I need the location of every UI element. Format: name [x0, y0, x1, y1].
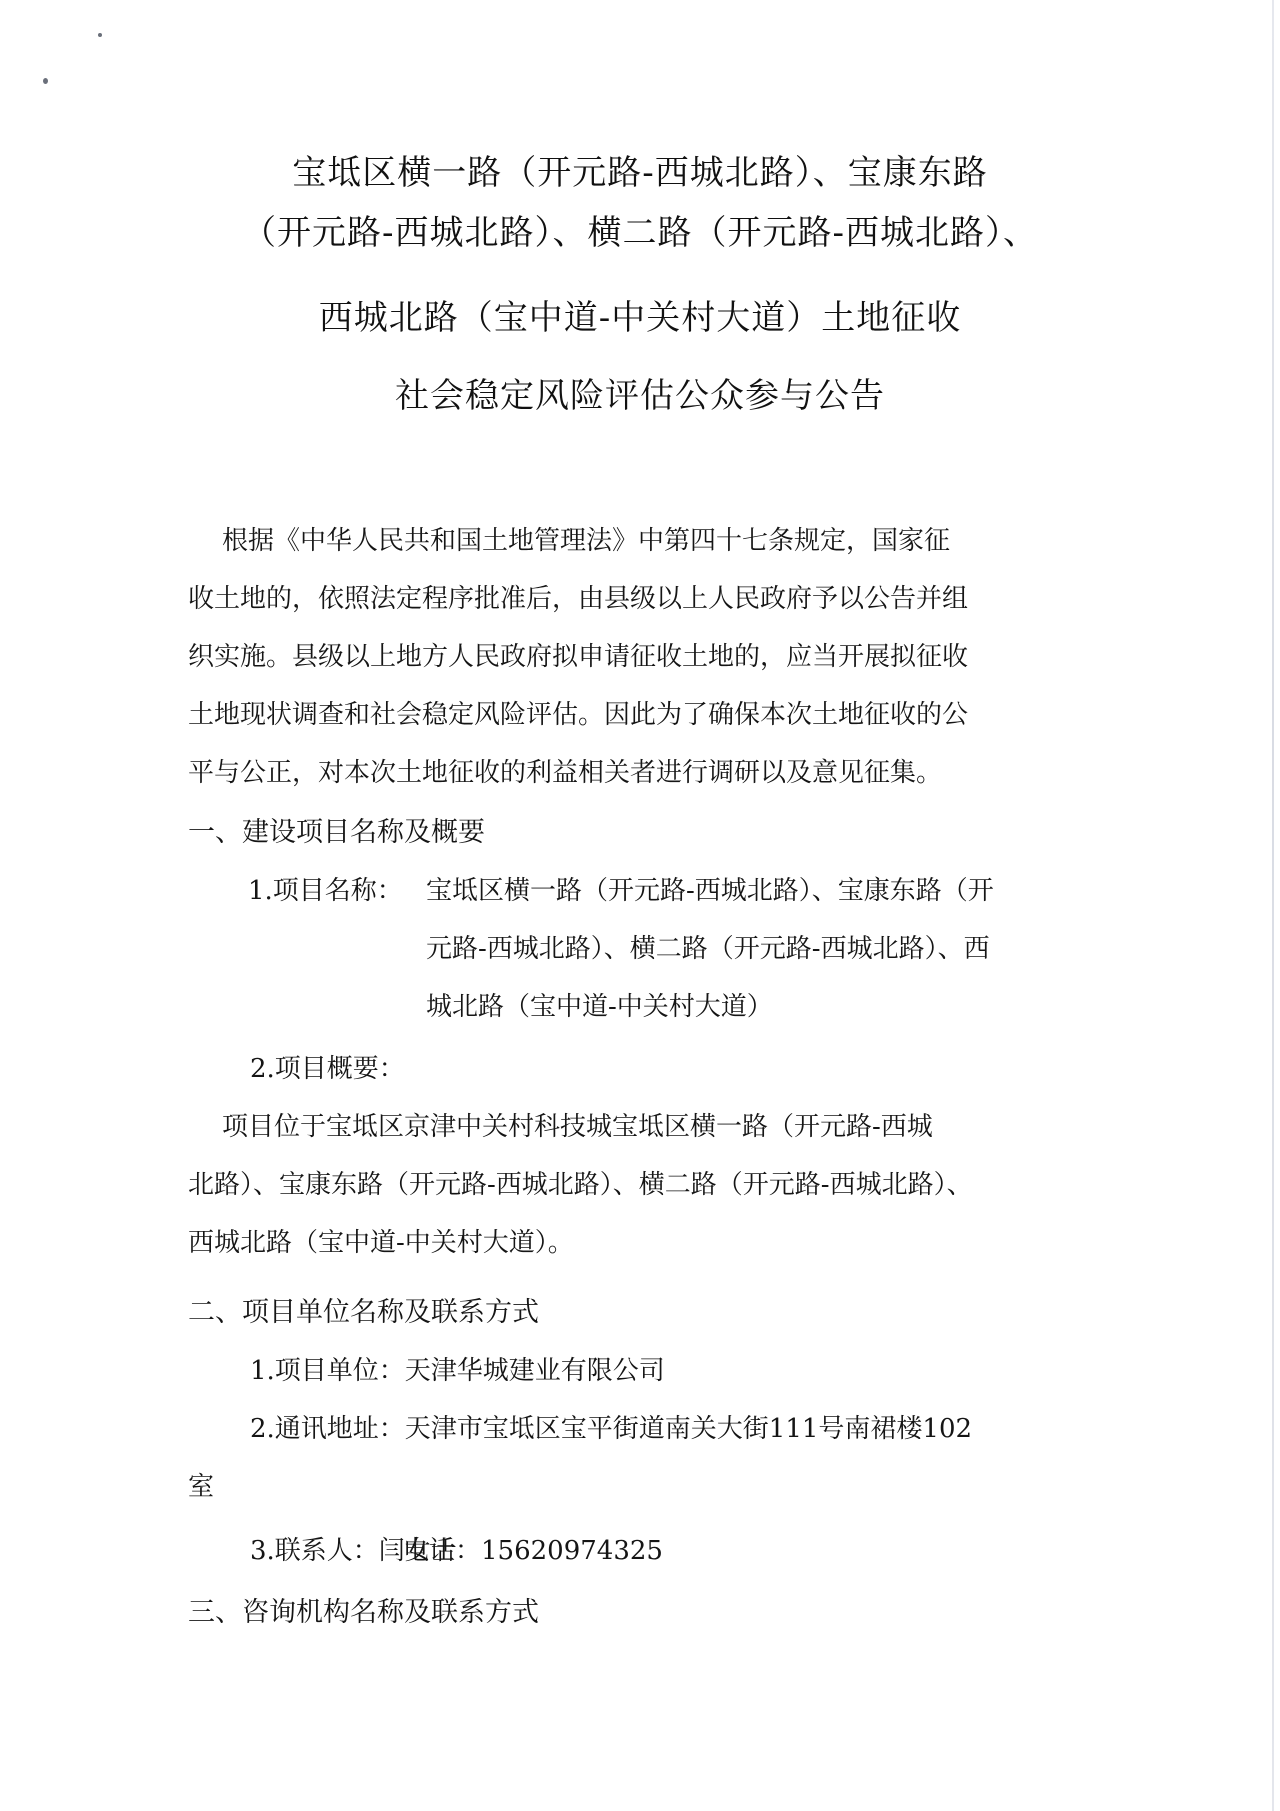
- title-line: （开元路-西城北路）、横二路（开元路-西城北路）、: [0, 205, 1280, 254]
- project-summary-line: 北路）、宝康东路（开元路-西城北路）、横二路（开元路-西城北路）、: [188, 1164, 973, 1201]
- contact-phone: 电话：15620974325: [403, 1530, 663, 1567]
- title-line: 宝坻区横一路（开元路-西城北路）、宝康东路: [0, 145, 1280, 194]
- project-unit: 1.项目单位：天津华城建业有限公司: [250, 1350, 665, 1387]
- project-name-line: 元路-西城北路）、横二路（开元路-西城北路）、西: [426, 928, 990, 965]
- scan-speck: [98, 33, 102, 37]
- intro-line: 土地现状调查和社会稳定风险评估。因此为了确保本次土地征收的公: [188, 694, 968, 731]
- project-summary-line: 西城北路（宝中道-中关村大道）。: [188, 1222, 574, 1259]
- project-summary-label: 2.项目概要：: [250, 1048, 405, 1085]
- project-summary-line: 项目位于宝坻区京津中关村科技城宝坻区横一路（开元路-西城: [222, 1106, 933, 1143]
- section-heading: 三、咨询机构名称及联系方式: [188, 1590, 539, 1629]
- mailing-address: 2.通讯地址：天津市宝坻区宝平街道南关大街111号南裙楼102: [250, 1408, 972, 1445]
- scan-speck: [43, 78, 48, 84]
- scan-edge-line: [1272, 0, 1274, 1811]
- title-line: 社会稳定风险评估公众参与公告: [0, 368, 1280, 417]
- project-name-line: 城北路（宝中道-中关村大道）: [426, 986, 773, 1023]
- project-name-line: 宝坻区横一路（开元路-西城北路）、宝康东路（开: [426, 870, 994, 907]
- title-line: 西城北路（宝中道-中关村大道）土地征收: [0, 290, 1280, 339]
- project-name-label: 1.项目名称：: [248, 870, 403, 907]
- section-heading: 二、项目单位名称及联系方式: [188, 1290, 539, 1329]
- section-heading: 一、建设项目名称及概要: [188, 810, 485, 849]
- intro-line: 收土地的，依照法定程序批准后，由县级以上人民政府予以公告并组: [188, 578, 968, 615]
- intro-line: 平与公正，对本次土地征收的利益相关者进行调研以及意见征集。: [188, 752, 942, 789]
- mailing-address-cont: 室: [188, 1466, 214, 1503]
- intro-line: 根据《中华人民共和国土地管理法》中第四十七条规定，国家征: [222, 520, 950, 557]
- intro-line: 织实施。县级以上地方人民政府拟申请征收土地的，应当开展拟征收: [188, 636, 968, 673]
